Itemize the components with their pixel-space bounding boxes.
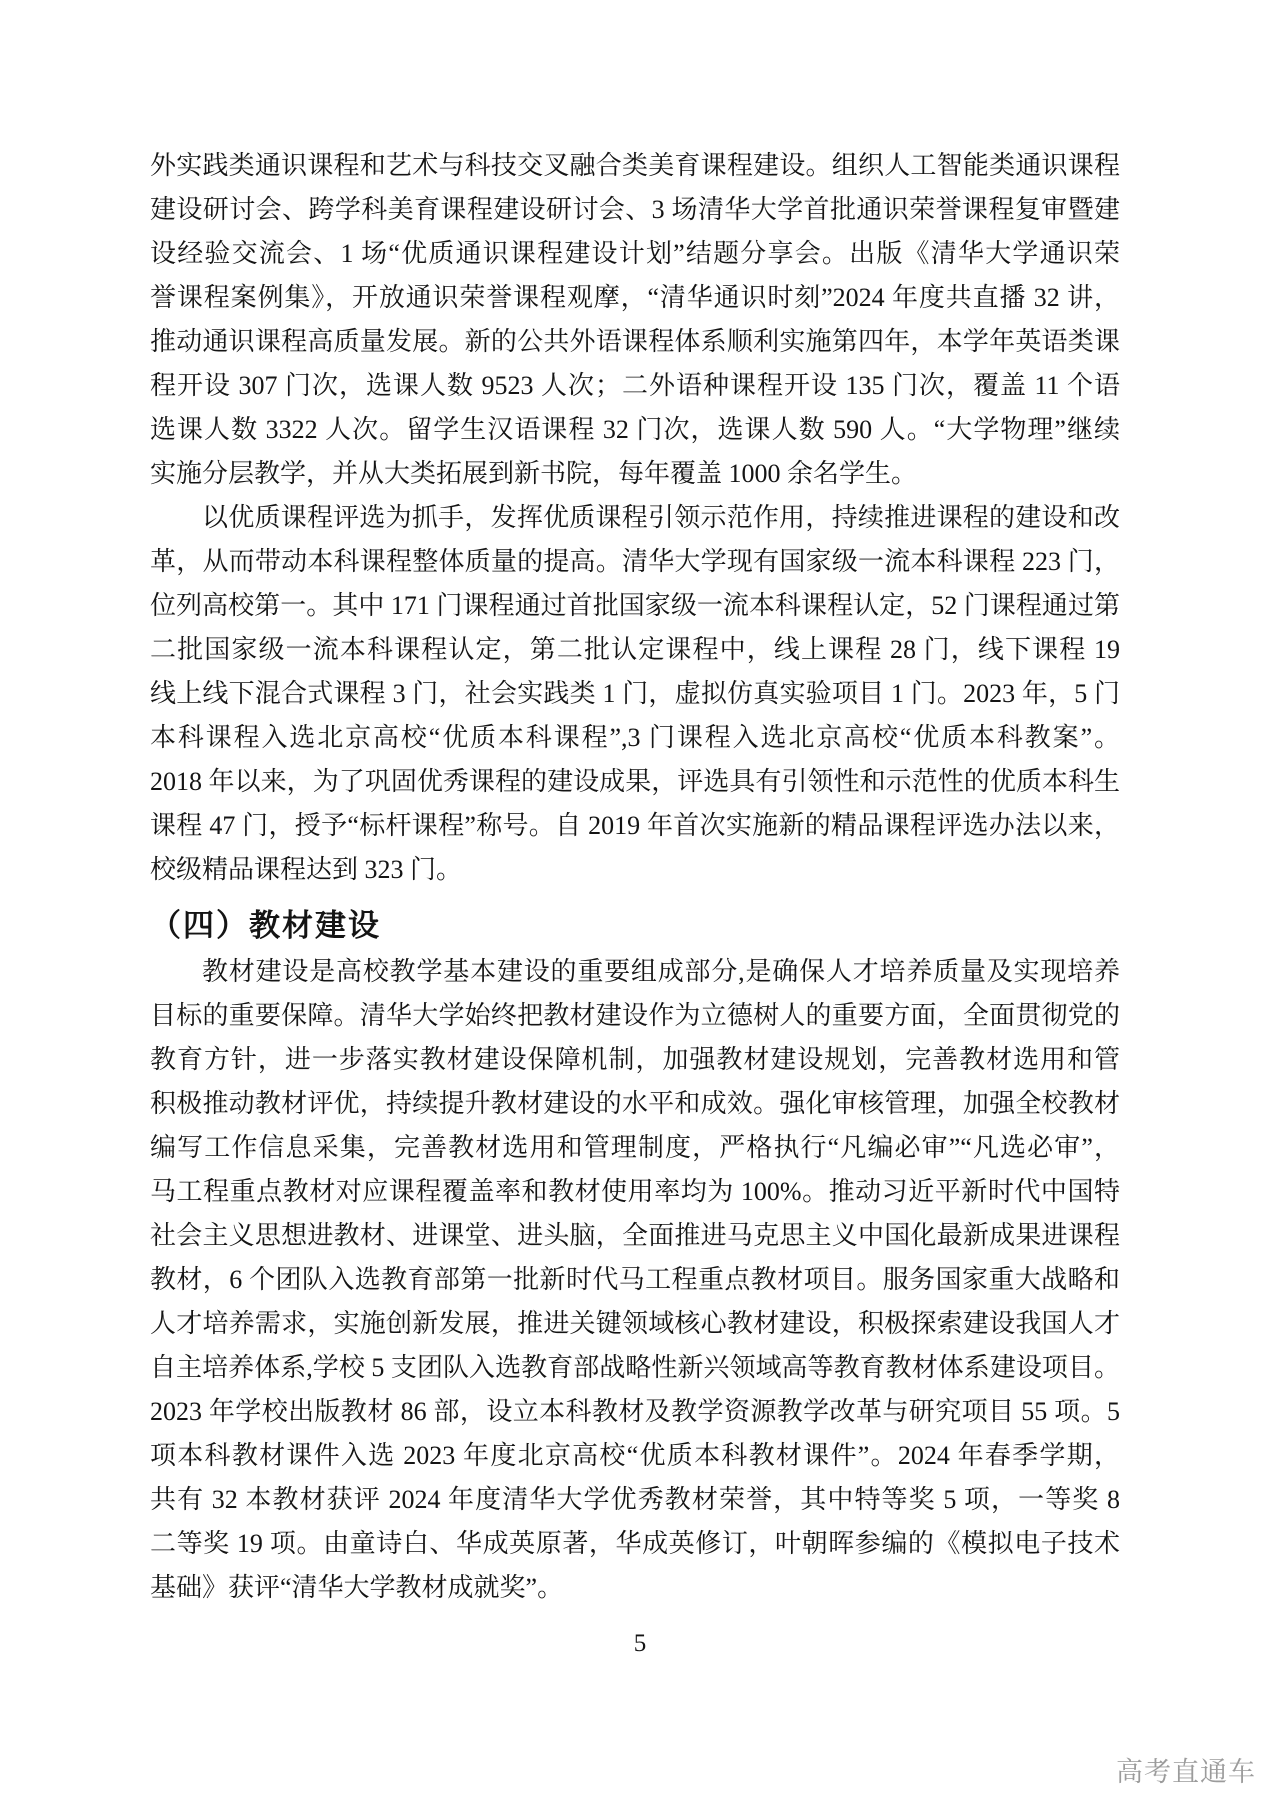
text-line: 二等奖 19 项。由童诗白、华成英原著，华成英修订，叶朝晖参编的《模拟电子技术	[150, 1522, 1120, 1566]
text-line: 目标的重要保障。清华大学始终把教材建设作为立德树人的重要方面，全面贯彻党的	[150, 994, 1120, 1038]
text-line: 二批国家级一流本科课程认定，第二批认定课程中，线上课程 28 门，线下课程 19…	[150, 628, 1120, 672]
text-line: 人才培养需求，实施创新发展，推进关键领域核心教材建设，积极探索建设我国人才	[150, 1302, 1120, 1346]
text-line: 誉课程案例集》，开放通识荣誉课程观摩，“清华通识时刻”2024 年度共直播 32…	[150, 276, 1120, 320]
text-line: 编写工作信息采集，完善教材选用和管理制度，严格执行“凡编必审”“凡选必审”，	[150, 1126, 1120, 1170]
text-line: 外实践类通识课程和艺术与科技交叉融合类美育课程建设。组织人工智能类通识课程	[150, 144, 1120, 188]
text-line: 实施分层教学，并从大类拓展到新书院，每年覆盖 1000 余名学生。	[150, 452, 1120, 496]
text-line: 建设研讨会、跨学科美育课程建设研讨会、3 场清华大学首批通识荣誉课程复审暨建	[150, 188, 1120, 232]
text-line: 马工程重点教材对应课程覆盖率和教材使用率均为 100%。推动习近平新时代中国特色	[150, 1170, 1120, 1214]
text-line: 课程 47 门，授予“标杆课程”称号。自 2019 年首次实施新的精品课程评选办…	[150, 804, 1120, 848]
paragraph: 教材建设是高校教学基本建设的重要组成部分,是确保人才培养质量及实现培养目标的重要…	[150, 950, 1120, 1610]
text-line: 教材建设是高校教学基本建设的重要组成部分,是确保人才培养质量及实现培养	[150, 950, 1120, 994]
text-line: 线上线下混合式课程 3 门，社会实践类 1 门，虚拟仿真实验项目 1 门。202…	[150, 672, 1120, 716]
text-line: 2018 年以来，为了巩固优秀课程的建设成果，评选具有引领性和示范性的优质本科生	[150, 760, 1120, 804]
document-content: 外实践类通识课程和艺术与科技交叉融合类美育课程建设。组织人工智能类通识课程建设研…	[150, 144, 1120, 1610]
text-line: 积极推动教材评优，持续提升教材建设的水平和成效。强化审核管理，加强全校教材	[150, 1082, 1120, 1126]
section-heading: （四）教材建设	[150, 902, 1120, 950]
paragraph: 以优质课程评选为抓手，发挥优质课程引领示范作用，持续推进课程的建设和改革，从而带…	[150, 496, 1120, 892]
text-line: 教材，6 个团队入选教育部第一批新时代马工程重点教材项目。服务国家重大战略和	[150, 1258, 1120, 1302]
text-line: 社会主义思想进教材、进课堂、进头脑，全面推进马克思主义中国化最新成果进课程	[150, 1214, 1120, 1258]
text-line: 推动通识课程高质量发展。新的公共外语课程体系顺利实施第四年，本学年英语类课	[150, 320, 1120, 364]
text-line: 2023 年学校出版教材 86 部，设立本科教材及教学资源教学改革与研究项目 5…	[150, 1390, 1120, 1434]
text-line: 自主培养体系,学校 5 支团队入选教育部战略性新兴领域高等教育教材体系建设项目。	[150, 1346, 1120, 1390]
page-number: 5	[0, 1630, 1280, 1658]
text-line: 选课人数 3322 人次。留学生汉语课程 32 门次，选课人数 590 人。“大…	[150, 408, 1120, 452]
paragraph: 外实践类通识课程和艺术与科技交叉融合类美育课程建设。组织人工智能类通识课程建设研…	[150, 144, 1120, 496]
text-line: 本科课程入选北京高校“优质本科课程”,3 门课程入选北京高校“优质本科教案”。	[150, 716, 1120, 760]
text-line: 设经验交流会、1 场“优质通识课程建设计划”结题分享会。出版《清华大学通识荣	[150, 232, 1120, 276]
text-line: 革，从而带动本科课程整体质量的提高。清华大学现有国家级一流本科课程 223 门，	[150, 540, 1120, 584]
text-line: 校级精品课程达到 323 门。	[150, 848, 1120, 892]
text-line: 位列高校第一。其中 171 门课程通过首批国家级一流本科课程认定，52 门课程通…	[150, 584, 1120, 628]
text-line: 以优质课程评选为抓手，发挥优质课程引领示范作用，持续推进课程的建设和改	[150, 496, 1120, 540]
text-line: 基础》获评“清华大学教材成就奖”。	[150, 1566, 1120, 1610]
text-line: 程开设 307 门次，选课人数 9523 人次；二外语种课程开设 135 门次，…	[150, 364, 1120, 408]
watermark: 高考直通车	[1116, 1750, 1256, 1789]
text-line: 项本科教材课件入选 2023 年度北京高校“优质本科教材课件”。2024 年春季…	[150, 1434, 1120, 1478]
text-line: 共有 32 本教材获评 2024 年度清华大学优秀教材荣誉，其中特等奖 5 项，…	[150, 1478, 1120, 1522]
document-page: 外实践类通识课程和艺术与科技交叉融合类美育课程建设。组织人工智能类通识课程建设研…	[0, 0, 1280, 1810]
text-line: 教育方针，进一步落实教材建设保障机制，加强教材建设规划，完善教材选用和管理，	[150, 1038, 1120, 1082]
